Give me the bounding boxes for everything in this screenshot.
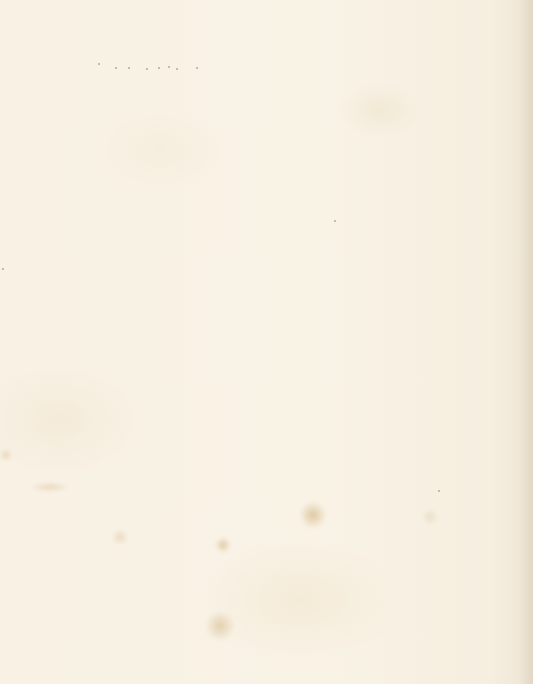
stain-spot bbox=[0, 448, 12, 462]
paper-page bbox=[0, 0, 533, 684]
stain-spot bbox=[420, 510, 440, 524]
speck bbox=[158, 67, 160, 69]
speck bbox=[176, 68, 178, 70]
speck bbox=[115, 67, 117, 69]
speck bbox=[146, 68, 148, 70]
page-edge-shadow bbox=[519, 0, 533, 684]
speck bbox=[438, 490, 440, 492]
speck bbox=[196, 67, 198, 69]
stain-spot bbox=[205, 610, 235, 642]
stain-spot bbox=[110, 530, 130, 544]
speck bbox=[2, 268, 4, 270]
speck bbox=[334, 220, 336, 222]
stain-spot bbox=[300, 500, 326, 530]
speck bbox=[98, 63, 100, 65]
speck bbox=[128, 67, 130, 69]
stain-spot bbox=[30, 482, 70, 492]
stain-spot bbox=[215, 537, 231, 553]
speck bbox=[168, 66, 170, 68]
